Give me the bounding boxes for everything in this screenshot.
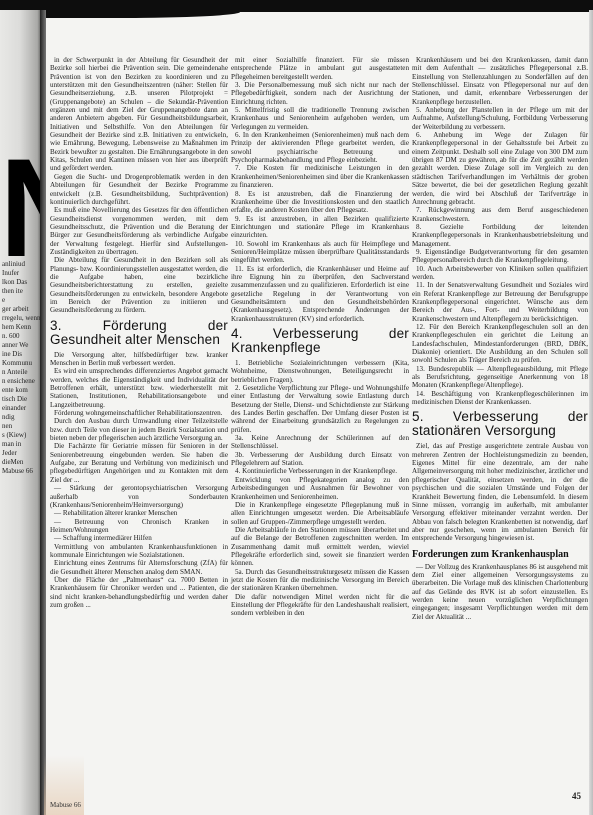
fragment-line: ger arbeit [2, 305, 40, 314]
section-heading: 4. Verbesserung der Krankenpflege [231, 327, 409, 355]
fragment-line: e [2, 296, 40, 305]
subsection-heading: Forderungen zum Krankenhausplan [412, 549, 588, 561]
paragraph: in der Schwerpunkt in der Abteilung für … [50, 56, 228, 173]
fragment-line: dieMen [2, 458, 40, 467]
fragment-line: n ensichene [2, 377, 40, 386]
section-heading: 3. Förderung der Gesundheit alter Mensch… [50, 319, 228, 347]
paragraph: — Stärkung der gerontopsychiatrischen Ve… [50, 484, 228, 509]
footer-publication: Mabuse 66 [50, 801, 81, 809]
fragment-line: anliniud [2, 260, 40, 269]
fragment-line: n Anteile [2, 368, 40, 377]
paragraph: — Schaffung intermediärer Hilfen [50, 534, 228, 542]
previous-page-edge: N anliniudInuferlkon Dasthen iteeger arb… [0, 10, 44, 815]
document-page: in der Schwerpunkt in der Abteilung für … [46, 10, 593, 815]
paragraph: Die dafür notwendigen Mittel werden nich… [231, 593, 409, 618]
paragraph: 4. Kontinuierliche Verbesserungen in der… [231, 467, 409, 475]
paragraph: Es muß eine Novellierung des Gesetzes fü… [50, 206, 228, 256]
paragraph: Entwicklung von Pflegekategorien analog … [231, 476, 409, 501]
paragraph: 13. Bundesrepublik — Altenpflegeausbildu… [412, 365, 588, 390]
paragraph: Die Abteilung für Gesundheit in den Bezi… [50, 256, 228, 314]
text-column-3: Krankenhäusern und bei den Krankenkassen… [412, 56, 588, 621]
text-column-1: in der Schwerpunkt in der Abteilung für … [50, 56, 228, 609]
paragraph: Förderung wohngemeinschaftlicher Rehabil… [50, 409, 228, 417]
fragment-line: ine Dis [2, 350, 40, 359]
paragraph: 3a. Keine Anrechnung der Schülerinnen au… [231, 434, 409, 451]
paragraph: — Rehabilitation älterer kranker Mensche… [50, 509, 228, 517]
big-initial-letter: N [0, 138, 44, 278]
section-heading: 5. Verbesserung der stationären Versorgu… [412, 410, 588, 438]
page-number: 45 [572, 791, 581, 801]
paragraph: Durch den Ausbau durch Umwandlung einer … [50, 417, 228, 442]
fragment-line: man in [2, 440, 40, 449]
fragment-line: ndig [2, 413, 40, 422]
fragment-line: anner We [2, 341, 40, 350]
paragraph: 6. Anhebung im Wege der Zulagen für Kran… [412, 131, 588, 206]
fragment-line: Jeder [2, 449, 40, 458]
paragraph: 5. Anhebung der Planstellen in der Pfleg… [412, 106, 588, 131]
paragraph: — Der Vollzug des Krankenhausplanes 86 i… [412, 563, 588, 621]
paragraph: Einrichtung eines Zentrums für Alternsfo… [50, 559, 228, 576]
paragraph: Die Arbeitsabläufe in den Stationen müss… [231, 526, 409, 568]
paragraph: mit einer Sozialhilfe finanziert. Für si… [231, 56, 409, 81]
fragment-line: Inufer [2, 269, 40, 278]
paragraph: 3b. Verbesserung der Ausbildung durch Ei… [231, 451, 409, 468]
fragment-line: s (Kiew) [2, 431, 40, 440]
paragraph: Gegen die Sucht- und Drogenproblematik w… [50, 173, 228, 206]
paragraph: Über die Fläche der „Palmenhaus“ ca. 700… [50, 576, 228, 609]
fragment-line: Kommunu [2, 359, 40, 368]
fragment-line: hem Kenn [2, 323, 40, 332]
fragment-line: rregelu, wenn [2, 314, 40, 323]
paragraph: 9. Es ist anzustreben, in allen Bezirken… [231, 215, 409, 240]
paragraph: Es wird ein umsprechendes differenzierte… [50, 367, 228, 409]
paragraph: Ziel, das auf Prestige ausgerichtete zen… [412, 442, 588, 542]
paragraph: Die Fachärzte für Geriatrie müssen für S… [50, 442, 228, 484]
fragment-line: nen [2, 422, 40, 431]
page-right-edge [589, 10, 593, 815]
paragraph: 6. In den Krankenheimen (Seniorenheimen)… [231, 131, 409, 164]
paragraph: 7. Rückgewinnung aus dem Beruf ausgeschi… [412, 206, 588, 223]
paragraph: 12. Für den Bereich Krankenpflegeschulen… [412, 323, 588, 365]
paragraph: 10. Sowohl im Krankenhaus als auch für H… [231, 240, 409, 265]
fragment-line: then ite [2, 287, 40, 296]
paragraph: Die in Krankenpflege eingesetzte Pflegep… [231, 501, 409, 526]
paragraph: 9. Eigenständige Budgetverantwortung für… [412, 248, 588, 265]
paragraph: 8. Es ist anzustreben, daß die Finanzier… [231, 190, 409, 215]
paragraph: 7. Die Kosten für medizinische Leistunge… [231, 164, 409, 189]
paragraph: Vermittlung von ambulanten Krankenhausfu… [50, 543, 228, 560]
paragraph: 5. Mittelfristig soll die traditionelle … [231, 106, 409, 131]
fragment-line: tisch Die [2, 395, 40, 404]
text-column-2: mit einer Sozialhilfe finanziert. Für si… [231, 56, 409, 618]
paragraph: — Betreuung von Chronisch Kranken in Hei… [50, 518, 228, 535]
fragment-line: ente kom [2, 386, 40, 395]
previous-page-text-fragments: anliniudInuferlkon Dasthen iteeger arbei… [2, 260, 40, 476]
paragraph: Die Versorgung alter, hilfsbedürftiger b… [50, 351, 228, 368]
fragment-line: Mabuse 66 [2, 467, 40, 476]
fragment-line: lkon Das [2, 278, 40, 287]
paragraph: 2. Gesetzliche Verpflichtung zur Pflege-… [231, 384, 409, 434]
paragraph: 1. Betriebliche Sozialeinrichtungen verb… [231, 359, 409, 384]
paragraph: 11. Es ist erforderlich, die Krankenhäus… [231, 265, 409, 323]
paragraph: 11. In der Senatsverwaltung Gesundheit u… [412, 281, 588, 323]
paragraph: 14. Beschäftigung von Krankenpflegeschül… [412, 390, 588, 407]
fragment-line: n. 600 [2, 332, 40, 341]
paragraph: Krankenhäusern und bei den Krankenkassen… [412, 56, 588, 106]
paragraph: 10. Auch Arbeitsbewerber von Kliniken so… [412, 265, 588, 282]
paragraph: 8. Gezielte Fortbildung der leitenden Kr… [412, 223, 588, 248]
paragraph: 3. Die Personalbemessung muß sich nicht … [231, 81, 409, 106]
fragment-line: einander [2, 404, 40, 413]
paragraph: 5a. Durch das Gesundheitsstrukturgesetz … [231, 568, 409, 593]
